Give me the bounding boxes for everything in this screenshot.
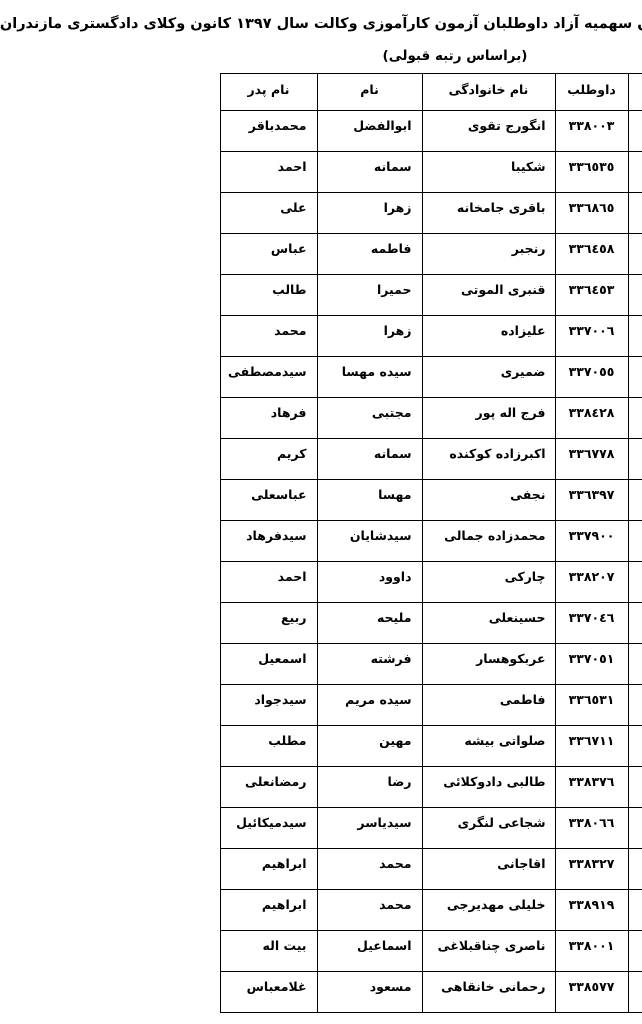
last-name-cell: شکیبا [288,152,421,193]
rank-cell: ١٦. [494,726,556,767]
last-name-cell: فاطمی [288,685,421,726]
first-name-cell: سیدیاسر [183,808,288,849]
father-name-cell: محمد [86,316,183,357]
first-name-cell: زهرا [183,316,288,357]
table-row: ٩. ٣٣٦٧٧٨ اکبرزاده کوکنده سمانه کریم [86,439,556,480]
table-row: ١٩. ٣٣٨٣٢٧ اقاجانی محمد ابراهیم [86,849,556,890]
rank-cell: ٢١. [494,931,556,972]
table-body: ١. ٣٣٨٠٠٣ انگورج تقوی ابوالفضل محمدباقر … [86,111,556,1013]
table-row: ١٠. ٣٣٦٣٩٧ نجفی مهسا عباسعلی [86,480,556,521]
table-header: رتبه داوطلب نام خانوادگی نام نام پدر [86,74,556,111]
candidate-number-cell: ٣٣٨٩١٩ [421,890,494,931]
last-name-cell: طالبی دادوکلائی [288,767,421,808]
rank-cell: ٧. [494,357,556,398]
first-name-cell: مجتبی [183,398,288,439]
table-row: ٥. ٣٣٦٤٥٣ قنبری الموتی حمیرا طالب [86,275,556,316]
page-title: اسامی قبولشدگان سهمیه آزاد داوطلبان آزمو… [0,14,642,34]
candidate-number-cell: ٣٣٦٤٥٨ [421,234,494,275]
father-name-cell: ابراهیم [86,849,183,890]
first-name-cell: فاطمه [183,234,288,275]
first-name-cell: اسماعیل [183,931,288,972]
father-name-cell: سیدفرهاد [86,521,183,562]
candidate-number-cell: ٣٣٨٢٠٧ [421,562,494,603]
last-name-cell: رحمانی خانقاهی [288,972,421,1013]
first-name-cell: محمد [183,849,288,890]
last-name-cell: اقاجانی [288,849,421,890]
rank-cell: ٢٠. [494,890,556,931]
first-name-cell: مسعود [183,972,288,1013]
father-name-cell: اسمعیل [86,644,183,685]
first-name-cell: ابوالفضل [183,111,288,152]
page-subtitle: (براساس رتبه قبولی) [0,48,642,64]
table-row: ١٤. ٣٣٧٠٥١ عربکوهسار فرشته اسمعیل [86,644,556,685]
candidate-number-cell: ٣٣٨٣٢٧ [421,849,494,890]
last-name-cell: چارکی [288,562,421,603]
table-row: ١٣. ٣٣٧٠٤٦ حسینعلی ملیحه ربیع [86,603,556,644]
last-name-cell: قنبری الموتی [288,275,421,316]
rank-cell: ٢. [494,152,556,193]
father-name-cell: ربیع [86,603,183,644]
father-name-cell: عباسعلی [86,480,183,521]
rank-cell: ١٠. [494,480,556,521]
first-name-cell: مهسا [183,480,288,521]
results-table: رتبه داوطلب نام خانوادگی نام نام پدر ١. … [86,73,557,1013]
first-name-cell: مهین [183,726,288,767]
candidate-number-cell: ٣٣٨٠٠١ [421,931,494,972]
candidate-number-cell: ٣٣٧٠٤٦ [421,603,494,644]
last-name-cell: علیزاده [288,316,421,357]
father-name-cell: رمضانعلی [86,767,183,808]
rank-cell: ١٣. [494,603,556,644]
rank-cell: ٤. [494,234,556,275]
father-name-cell: محمدباقر [86,111,183,152]
last-name-cell: باقری جامخانه [288,193,421,234]
candidate-number-cell: ٣٣٦٤٥٣ [421,275,494,316]
candidate-number-cell: ٣٣٨٣٧٦ [421,767,494,808]
candidate-number-cell: ٣٣٦٨٦٥ [421,193,494,234]
rank-cell: ٥. [494,275,556,316]
first-name-cell: محمد [183,890,288,931]
father-name-cell: علی [86,193,183,234]
candidate-number-cell: ٣٣٦٥٣١ [421,685,494,726]
table-row: ٢٠. ٣٣٨٩١٩ خلیلی مهدیرجی محمد ابراهیم [86,890,556,931]
first-name-cell: زهرا [183,193,288,234]
father-name-cell: بیت اله [86,931,183,972]
table-row: ٦. ٣٣٧٠٠٦ علیزاده زهرا محمد [86,316,556,357]
last-name-cell: خلیلی مهدیرجی [288,890,421,931]
header-father-name: نام پدر [86,74,183,111]
first-name-cell: ملیحه [183,603,288,644]
last-name-cell: انگورج تقوی [288,111,421,152]
header-first-name: نام [183,74,288,111]
table-row: ١٢. ٣٣٨٢٠٧ چارکی داوود احمد [86,562,556,603]
document-page: اسامی قبولشدگان سهمیه آزاد داوطلبان آزمو… [0,0,642,1024]
candidate-number-cell: ٣٣٦٧١١ [421,726,494,767]
last-name-cell: اکبرزاده کوکنده [288,439,421,480]
table-row: ٢٢. ٣٣٨٥٧٧ رحمانی خانقاهی مسعود غلامعباس [86,972,556,1013]
header-rank: رتبه [494,74,556,111]
last-name-cell: محمدزاده جمالی [288,521,421,562]
table-row: ٢١. ٣٣٨٠٠١ ناصری چناقبلاغی اسماعیل بیت ا… [86,931,556,972]
rank-cell: ٢٢. [494,972,556,1013]
rank-cell: ١. [494,111,556,152]
rank-cell: ٦. [494,316,556,357]
candidate-number-cell: ٣٣٨٥٧٧ [421,972,494,1013]
last-name-cell: نجفی [288,480,421,521]
rank-cell: ١٤. [494,644,556,685]
last-name-cell: فرج اله پور [288,398,421,439]
rank-cell: ٣. [494,193,556,234]
table-row: ١٦. ٣٣٦٧١١ صلواتی بیشه مهین مطلب [86,726,556,767]
rank-cell: ١٧. [494,767,556,808]
father-name-cell: مطلب [86,726,183,767]
first-name-cell: سیدشایان [183,521,288,562]
father-name-cell: سیدجواد [86,685,183,726]
father-name-cell: احمد [86,152,183,193]
candidate-number-cell: ٣٣٧٠٠٦ [421,316,494,357]
first-name-cell: سیده مهسا [183,357,288,398]
header-last-name: نام خانوادگی [288,74,421,111]
rank-cell: ١١. [494,521,556,562]
table-row: ٧. ٣٣٧٠٥٥ ضمیری سیده مهسا سیدمصطفی [86,357,556,398]
first-name-cell: رضا [183,767,288,808]
rank-cell: ١٩. [494,849,556,890]
table-row: ١٨. ٣٣٨٠٦٦ شجاعی لنگری سیدیاسر سیدمیکائی… [86,808,556,849]
rank-cell: ١٥. [494,685,556,726]
father-name-cell: فرهاد [86,398,183,439]
rank-cell: ١٢. [494,562,556,603]
table-row: ١٥. ٣٣٦٥٣١ فاطمی سیده مریم سیدجواد [86,685,556,726]
first-name-cell: داوود [183,562,288,603]
father-name-cell: ابراهیم [86,890,183,931]
last-name-cell: صلواتی بیشه [288,726,421,767]
candidate-number-cell: ٣٣٧٩٠٠ [421,521,494,562]
last-name-cell: ناصری چناقبلاغی [288,931,421,972]
candidate-number-cell: ٣٣٦٧٧٨ [421,439,494,480]
table-row: ٢. ٣٣٦٥٣٥ شکیبا سمانه احمد [86,152,556,193]
father-name-cell: سیدمصطفی [86,357,183,398]
candidate-number-cell: ٣٣٨٠٦٦ [421,808,494,849]
first-name-cell: حمیرا [183,275,288,316]
first-name-cell: فرشته [183,644,288,685]
first-name-cell: سیده مریم [183,685,288,726]
father-name-cell: طالب [86,275,183,316]
father-name-cell: احمد [86,562,183,603]
table-row: ١١. ٣٣٧٩٠٠ محمدزاده جمالی سیدشایان سیدفر… [86,521,556,562]
rank-cell: ٨. [494,398,556,439]
candidate-number-cell: ٣٣٦٥٣٥ [421,152,494,193]
candidate-number-cell: ٣٣٨٤٢٨ [421,398,494,439]
candidate-number-cell: ٣٣٨٠٠٣ [421,111,494,152]
table-row: ٤. ٣٣٦٤٥٨ رنجبر فاطمه عباس [86,234,556,275]
header-row: رتبه داوطلب نام خانوادگی نام نام پدر [86,74,556,111]
first-name-cell: سمانه [183,439,288,480]
candidate-number-cell: ٣٣٦٣٩٧ [421,480,494,521]
father-name-cell: کریم [86,439,183,480]
last-name-cell: رنجبر [288,234,421,275]
candidate-number-cell: ٣٣٧٠٥٥ [421,357,494,398]
last-name-cell: ضمیری [288,357,421,398]
last-name-cell: حسینعلی [288,603,421,644]
rank-cell: ٩. [494,439,556,480]
first-name-cell: سمانه [183,152,288,193]
table-row: ١٧. ٣٣٨٣٧٦ طالبی دادوکلائی رضا رمضانعلی [86,767,556,808]
header-candidate-number: داوطلب [421,74,494,111]
table-row: ٣. ٣٣٦٨٦٥ باقری جامخانه زهرا علی [86,193,556,234]
father-name-cell: غلامعباس [86,972,183,1013]
rank-cell: ١٨. [494,808,556,849]
father-name-cell: عباس [86,234,183,275]
table-row: ٨. ٣٣٨٤٢٨ فرج اله پور مجتبی فرهاد [86,398,556,439]
table-row: ١. ٣٣٨٠٠٣ انگورج تقوی ابوالفضل محمدباقر [86,111,556,152]
candidate-number-cell: ٣٣٧٠٥١ [421,644,494,685]
father-name-cell: سیدمیکائیل [86,808,183,849]
last-name-cell: عربکوهسار [288,644,421,685]
last-name-cell: شجاعی لنگری [288,808,421,849]
